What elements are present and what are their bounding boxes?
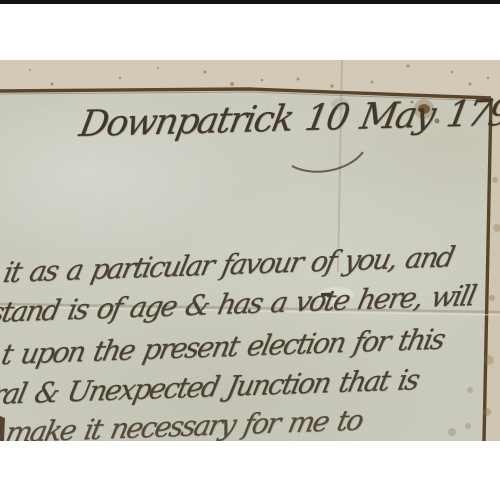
date-flourish (292, 152, 363, 172)
top-black-strip (0, 0, 500, 4)
letter-photo: Downpatrick 10 May 1790. it as a particu… (0, 60, 500, 441)
